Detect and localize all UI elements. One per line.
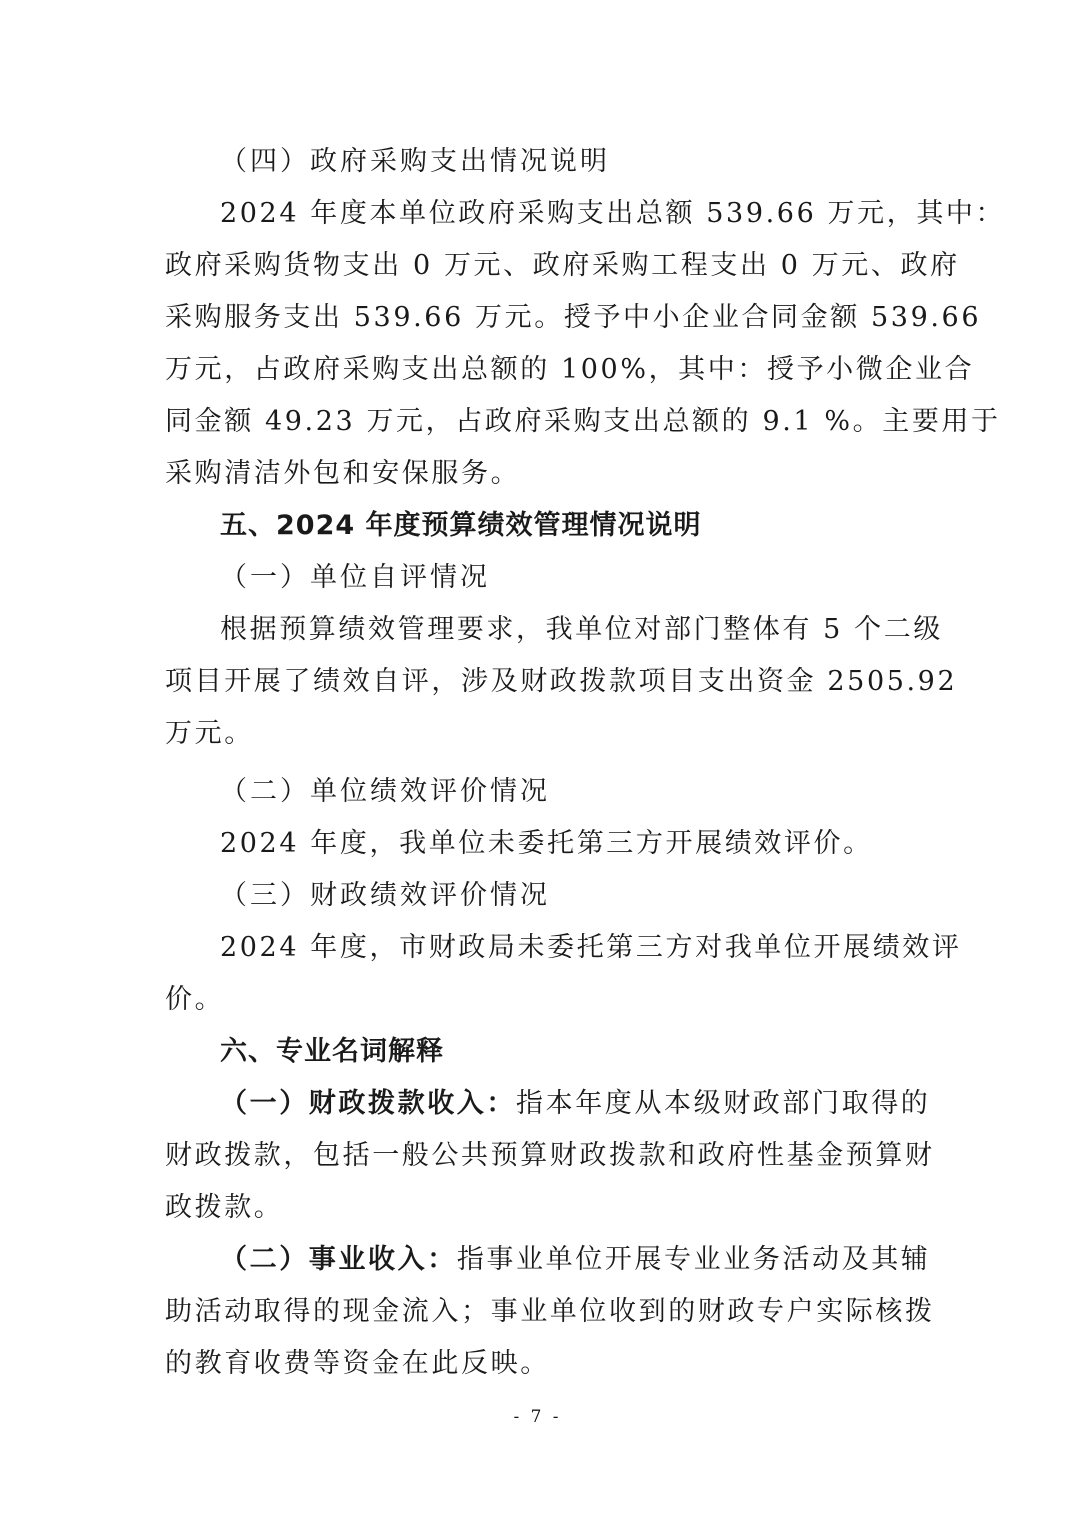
glossary-term-fiscal-appropriation: （一）财政拨款收入：指本年度从本级财政部门取得的 bbox=[220, 1084, 930, 1124]
paragraph-line: 万元。 bbox=[165, 714, 254, 754]
paragraph-line: 政府采购货物支出 0 万元、政府采购工程支出 0 万元、政府 bbox=[165, 246, 960, 286]
subsection-title-government-procurement: （四）政府采购支出情况说明 bbox=[220, 142, 610, 182]
page-number: - 7 - bbox=[0, 1407, 1075, 1427]
paragraph-line: 2024 年度本单位政府采购支出总额 539.66 万元，其中： bbox=[220, 194, 1005, 234]
paragraph-line: 2024 年度，市财政局未委托第三方对我单位开展绩效评 bbox=[220, 928, 962, 968]
paragraph-line: 万元，占政府采购支出总额的 100%，其中：授予小微企业合 bbox=[165, 350, 974, 390]
paragraph-line: 根据预算绩效管理要求，我单位对部门整体有 5 个二级 bbox=[220, 610, 943, 650]
paragraph-line: 价。 bbox=[165, 980, 224, 1020]
subsection-title-unit-evaluation: （二）单位绩效评价情况 bbox=[220, 772, 550, 812]
paragraph-line: 的教育收费等资金在此反映。 bbox=[165, 1344, 550, 1384]
glossary-term-label: （二）事业收入： bbox=[220, 1244, 457, 1275]
paragraph-line: 财政拨款，包括一般公共预算财政拨款和政府性基金预算财 bbox=[165, 1136, 935, 1176]
paragraph-line: 项目开展了绩效自评，涉及财政拨款项目支出资金 2505.92 bbox=[165, 662, 957, 702]
subsection-title-self-evaluation: （一）单位自评情况 bbox=[220, 558, 490, 598]
glossary-term-label: （一）财政拨款收入： bbox=[220, 1088, 516, 1119]
glossary-term-definition: 指事业单位开展专业业务活动及其辅 bbox=[457, 1244, 931, 1275]
paragraph-line: 2024 年度，我单位未委托第三方开展绩效评价。 bbox=[220, 824, 873, 864]
paragraph-line: 采购服务支出 539.66 万元。授予中小企业合同金额 539.66 bbox=[165, 298, 981, 338]
paragraph-line: 助活动取得的现金流入；事业单位收到的财政专户实际核拨 bbox=[165, 1292, 935, 1332]
subsection-title-fiscal-evaluation: （三）财政绩效评价情况 bbox=[220, 876, 550, 916]
paragraph-line: 采购清洁外包和安保服务。 bbox=[165, 454, 520, 494]
glossary-term-business-income: （二）事业收入：指事业单位开展专业业务活动及其辅 bbox=[220, 1240, 930, 1280]
section-heading-performance-management: 五、2024 年度预算绩效管理情况说明 bbox=[220, 506, 702, 546]
glossary-term-definition: 指本年度从本级财政部门取得的 bbox=[516, 1088, 930, 1119]
paragraph-line: 政拨款。 bbox=[165, 1188, 283, 1228]
section-heading-glossary: 六、专业名词解释 bbox=[220, 1032, 444, 1072]
paragraph-line: 同金额 49.23 万元，占政府采购支出总额的 9.1 %。主要用于 bbox=[165, 402, 1001, 442]
